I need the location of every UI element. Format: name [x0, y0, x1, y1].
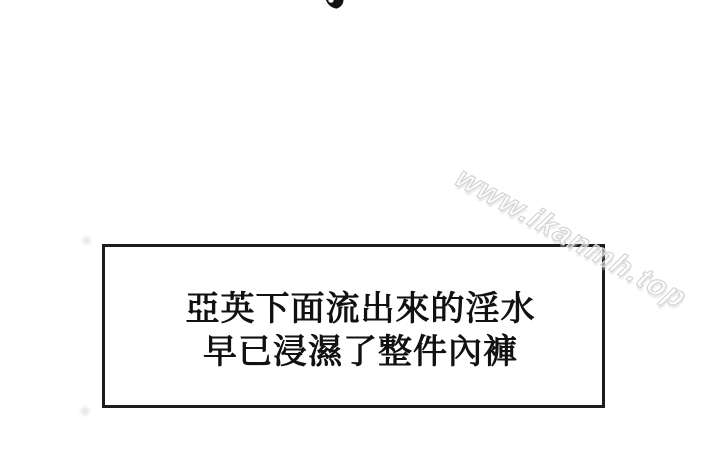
- caption-line-1: 亞英下面流出來的淫水: [186, 288, 536, 331]
- watermark-remnant-speck: [78, 404, 92, 418]
- caption-box: 亞英下面流出來的淫水 早已浸濕了整件內褲: [102, 244, 605, 408]
- watermark-remnant-speck: [80, 234, 93, 247]
- ink-blob-icon: [326, 0, 344, 10]
- caption-line-2: 早已浸濕了整件內褲: [203, 331, 518, 374]
